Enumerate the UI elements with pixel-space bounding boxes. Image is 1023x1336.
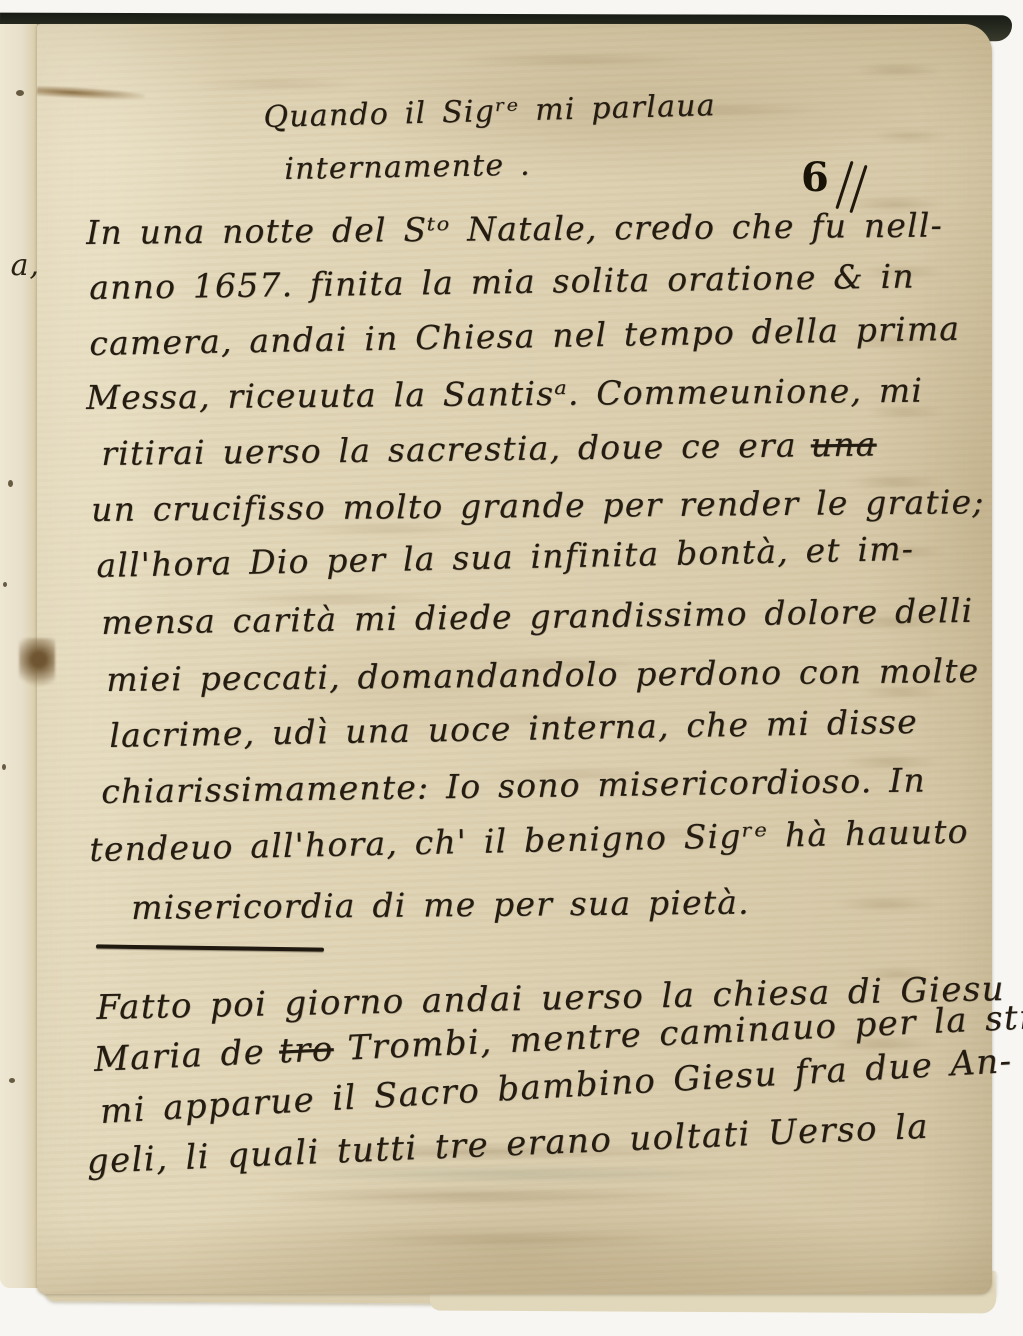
line-text: ritirai uerso la sacrestia, doue ce era [101,426,797,473]
emphasis-underline [96,944,324,951]
text-line: miei peccati, domandandolo perdono con m… [106,651,979,699]
text-line: all'hora Dio per la sua infinita bontà, … [96,529,914,585]
text-line: Messa, riceuuta la Santisᵃ. Commeunione,… [86,371,923,417]
text-line: mensa carità mi diede grandissimo dolore… [101,591,974,642]
page-number: 6 [801,154,829,201]
text-line: un crucifisso molto grande per render le… [91,482,985,529]
ink-speck [3,582,7,587]
strikethrough-word: tro [278,1029,334,1071]
line-text: anno 1657. finita la mia solita oratione… [89,256,915,307]
strikethrough-word: una [811,425,877,465]
ink-speck [8,480,13,487]
line-text: camera, andai in Chiesa nel tempo della … [89,309,960,363]
ink-speck [9,1078,15,1083]
text-line: tendeuo all'hora, ch' il benigno Sigʳᵉ h… [89,812,969,869]
text-line: camera, andai in Chiesa nel tempo della … [89,309,960,363]
text-line: chiarissimamente: Io sono misericordioso… [101,760,926,811]
text-line: ritirai uerso la sacrestia, doue ce erau… [101,425,877,473]
line-text: mensa carità mi diede grandissimo dolore… [101,591,974,642]
margin-text-fragment: a, [11,248,39,283]
line-text: miei peccati, domandandolo perdono con m… [106,651,979,699]
scanned-manuscript: a, Quando il Sigʳᵉ mi parlaua internamen… [0,0,1023,1336]
binding-hole-icon [19,638,55,692]
text-line: In una notte del Sᵗᵒ Natale, credo che f… [86,206,943,252]
binding-thread-icon [37,85,145,102]
folio-mark-icon [835,161,853,209]
line-text: Messa, riceuuta la Santisᵃ. Commeunione,… [86,371,923,417]
heading-line-1: Quando il Sigʳᵉ mi parlaua [263,88,716,135]
text-line: lacrime, udì una uoce interna, che mi di… [109,702,918,755]
heading-line-2: internamente . [284,148,531,187]
text-line: anno 1657. finita la mia solita oratione… [89,256,915,307]
heading-text: internamente . [284,148,531,187]
text-line: misericordia di me per sua pietà. [131,883,750,927]
heading-text: Quando il Sigʳᵉ mi parlaua [263,88,716,135]
line-text: all'hora Dio per la sua infinita bontà, … [96,529,914,585]
line-text: misericordia di me per sua pietà. [131,883,750,927]
line-text: chiarissimamente: Io sono misericordioso… [101,760,926,811]
line-text: un crucifisso molto grande per render le… [91,482,985,529]
line-text: tendeuo all'hora, ch' il benigno Sigʳᵉ h… [89,812,969,869]
line-text: lacrime, udì una uoce interna, che mi di… [109,702,918,755]
ink-speck [2,764,6,770]
line-text: Maria de [93,1032,266,1080]
manuscript-page: Quando il Sigʳᵉ mi parlaua internamente … [37,24,992,1294]
line-text: In una notte del Sᵗᵒ Natale, credo che f… [86,206,943,252]
ink-speck [16,90,24,96]
